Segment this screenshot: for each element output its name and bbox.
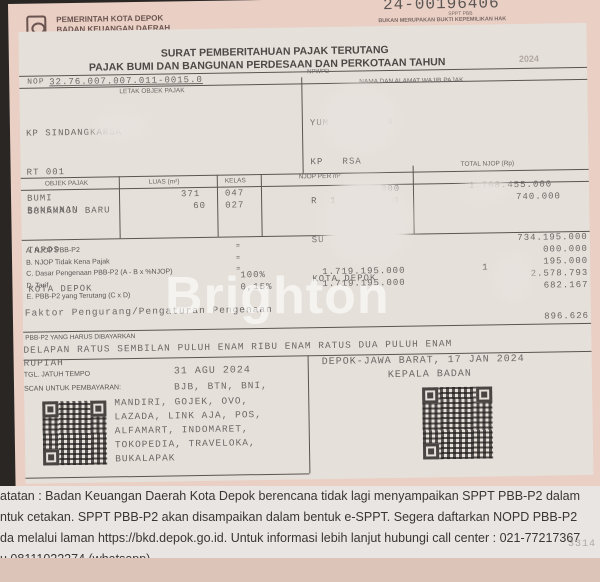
divider [217,175,219,237]
document-number: 24-00196406 [383,0,500,14]
qr-finder [422,387,438,403]
cell-object: BUMI [27,193,53,203]
redaction [461,178,511,203]
payment-channel-line: TOKOPEDIA, TRAVELOKA, [115,436,263,452]
taxpayer-line: KP RSA [310,155,393,169]
watermark: Brighton [165,266,390,326]
divider [301,77,304,173]
npwpd-label: NPWPD [307,69,329,75]
issuer-line1: PEMERINTAH KOTA DEPOK [56,14,163,25]
divider [261,174,263,236]
document-body: SURAT PEMBERITAHUAN PAJAK TERUTANG PAJAK… [18,23,593,484]
payment-channel-line: BUKALAPAK [115,450,263,466]
redaction [90,112,150,141]
object-location-heading: LETAK OBJEK PAJAK [119,87,184,95]
col-header-njop-per-m2: NJOP PER m² [299,173,341,181]
divider [25,473,309,478]
amount-in-words-cont: RUPIAH [24,357,64,369]
due-date-label: TGL. JATUH TEMPO [24,371,90,379]
ownership-disclaimer: BUKAN MERUPAKAN BUKTI KEPEMILIKAN HAK [378,16,506,24]
cell-class: 047 [225,188,244,198]
col-header-object: OBJEK PAJAK [45,180,88,188]
cell-object: BANGUNAN [27,205,78,216]
scan-label: SCAN UNTUK PEMBAYARAN: [24,384,121,393]
redaction [492,252,533,303]
cell-area: 60 [193,201,206,211]
cell-class: 027 [225,200,244,210]
qr-finder [90,401,106,417]
notice-line: atatan : Badan Keuangan Daerah Kota Depo… [0,486,600,507]
col-header-class: KELAS [225,177,246,184]
payable-heading: PBB-P2 YANG HARUS DIBAYARKAN [25,333,135,342]
tax-year: 2024 [519,54,539,64]
total-due: 896.626 [523,311,589,322]
paper-bottom-edge [0,558,600,582]
col-header-total-njop: TOTAL NJOP (Rp) [461,160,515,168]
mid-digit: 1 [482,262,489,272]
signature-qr-code[interactable] [422,386,493,459]
notice-line: ntuk cetakan. SPPT PBB-P2 akan disampaik… [0,507,600,528]
signing-place-date: DEPOK-JAWA BARAT, 17 JAN 2024 [322,354,525,368]
notice-line: da melalui laman https://bkd.depok.go.id… [0,528,600,549]
nop-label: NOP [27,77,45,86]
qr-finder [476,386,492,402]
calc-label-c: C. Dasar Pengenaan PBB-P2 (A - B x %NJOP… [26,266,172,280]
calc-sign: = [236,240,240,252]
redaction [321,176,412,267]
calc-sign: = [236,252,240,264]
divider [308,355,311,473]
cell-total-njop: 740.000 [516,191,561,202]
cell-area: 371 [181,189,200,199]
qr-finder [42,401,58,417]
payment-channels: MANDIRI, GOJEK, OVO, LAZADA, LINK AJA, P… [114,394,263,466]
qr-finder [423,443,439,459]
taxpayer-heading: NAMA DAN ALAMAT WAJIB PAJAK [359,77,463,86]
calculation-labels: A. NJOP PBB-P2 B. NJOP Tidak Kena Pajak … [26,243,173,303]
divider [413,166,415,234]
signatory-position: KEPALA BADAN [388,369,472,381]
qr-finder [43,449,59,465]
notice-footer: atatan : Badan Keuangan Daerah Kota Depo… [0,486,600,558]
calc-label-e: E. PBB-P2 yang Terutang (C x D) [27,289,173,303]
payment-channel-line: BJB, BTN, BNI, [174,380,268,392]
page-code: 3314 [568,534,596,555]
due-date: 31 AGU 2024 [174,365,251,377]
col-header-area: LUAS (m²) [149,178,180,185]
payment-qr-code[interactable] [42,401,107,466]
